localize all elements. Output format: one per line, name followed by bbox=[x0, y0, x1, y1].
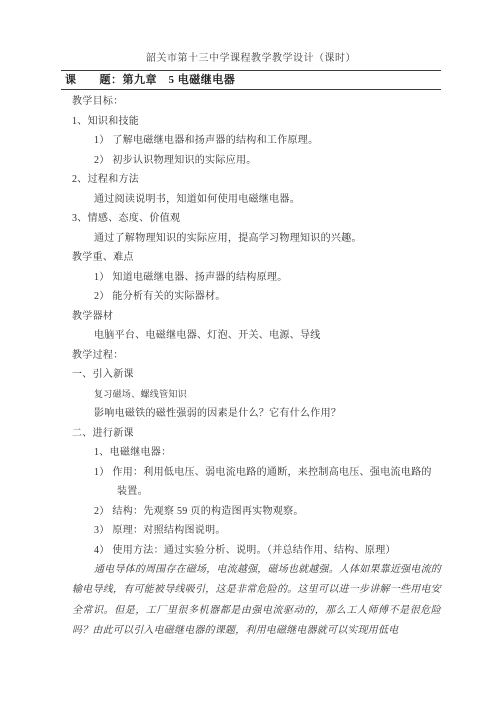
document-title: 韶关市第十三中学课程教学教学设计（课时） bbox=[61, 52, 441, 65]
text-line: 3） 原理：对照结构图说明。 bbox=[61, 521, 441, 541]
text-line: 复习磁场、螺线管知识 bbox=[61, 385, 441, 405]
text-line: 2、过程和方法 bbox=[61, 170, 441, 190]
text-line: 二、进行新课 bbox=[61, 424, 441, 444]
text-line: 通过了解物理知识的实际应用，提高学习物理知识的兴趣。 bbox=[61, 229, 441, 249]
text-line: 1、电磁继电器： bbox=[61, 443, 441, 463]
text-line: 1） 了解电磁继电器和扬声器的结构和工作原理。 bbox=[61, 131, 441, 151]
text-line: 2） 初步认识物理知识的实际应用。 bbox=[61, 151, 441, 171]
text-line: 通过阅读说明书，知道如何使用电磁继电器。 bbox=[61, 190, 441, 210]
text-line: 4） 使用方法：通过实验分析、说明。（并总结作用、结构、原理） bbox=[61, 541, 441, 561]
document-content: 韶关市第十三中学课程教学教学设计（课时） 课 题：第九章 5 电磁继电器 教学目… bbox=[61, 52, 441, 641]
text-line: 3、情感、态度、价值观 bbox=[61, 209, 441, 229]
text-line: 影响电磁铁的磁性强弱的因素是什么？它有什么作用？ bbox=[61, 404, 441, 424]
text-line: 电脑平台、电磁继电器、灯泡、开关、电源、导线 bbox=[61, 326, 441, 346]
text-line: 1） 作用：利用低电压、弱电流电路的通断，来控制高电压、强电流电路的装置。 bbox=[61, 463, 441, 502]
text-line: 1、知识和技能 bbox=[61, 112, 441, 132]
subject-row: 课 题：第九章 5 电磁继电器 bbox=[61, 70, 441, 90]
document-body: 教学目标：1、知识和技能1） 了解电磁继电器和扬声器的结构和工作原理。2） 初步… bbox=[61, 90, 441, 641]
text-line: 2） 能分析有关的实际器材。 bbox=[61, 287, 441, 307]
text-line: 一、引入新课 bbox=[61, 365, 441, 385]
text-line: 教学器材 bbox=[61, 307, 441, 327]
text-line: 通电导体的周围存在磁场，电流越强，磁场也就越强。人体如果靠近强电流的输电导线，有… bbox=[61, 560, 441, 641]
text-line: 教学重、难点 bbox=[61, 248, 441, 268]
document-page: 韶关市第十三中学课程教学教学设计（课时） 课 题：第九章 5 电磁继电器 教学目… bbox=[0, 0, 500, 707]
text-line: 教学目标： bbox=[61, 92, 441, 112]
text-line: 1） 知道电磁继电器、扬声器的结构原理。 bbox=[61, 268, 441, 288]
text-line: 2） 结构：先观察 59 页的构造图再实物观察。 bbox=[61, 502, 441, 522]
text-line: 教学过程： bbox=[61, 346, 441, 366]
